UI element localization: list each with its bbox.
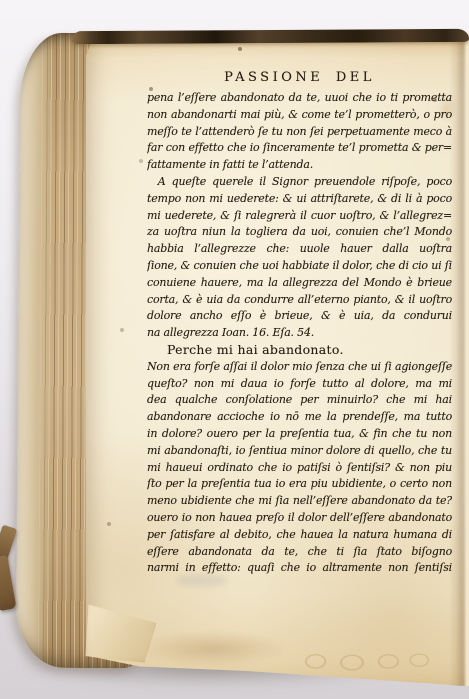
text-line: queſto? non mi daua io forſe tutto al do… — [147, 376, 452, 393]
section-heading: Perche mi hai abandonato. — [147, 342, 452, 359]
text-line: corta, & è uia da condurre all’eterno pi… — [147, 292, 452, 309]
text-line: ſione, & conuien che uoi habbiate il dol… — [147, 258, 452, 275]
text-line: dolore ancho eſſo è brieue, & è uia, da … — [147, 308, 452, 325]
text-line: conuiene hauere, ma la allegrezza del Mo… — [147, 275, 452, 292]
text-line: meno ubidiente che mi ſia nell’eſſere ab… — [147, 493, 452, 510]
text-line: fattamente in fatti te l’attenda. — [147, 157, 452, 174]
text-line: pena l’eſſere abandonato da te, uuoi che… — [147, 90, 452, 107]
foxing-specks — [0, 0, 2, 2]
text-line: na allegrezza Ioan. 16. Eſa. 54. — [147, 325, 452, 342]
text-line: mi uederete, & ſi ralegrerà il cuor uoſt… — [147, 208, 452, 225]
text-line: mi haueui ordinato che io patiſsi ò ſent… — [147, 460, 452, 477]
text-line: Non era forſe aſſai il dolor mio ſenza c… — [147, 359, 452, 376]
printed-text-block: PASSIONE DEL pena l’eſſere abandonato da… — [147, 71, 452, 577]
text-line: abandonare accioche io nō me la prendeſſ… — [147, 409, 452, 426]
text-line: mi abandonaſti, io ſentiua minor dolore … — [147, 443, 452, 460]
running-head: PASSIONE DEL — [147, 71, 452, 85]
text-line: habbia l’allegrezze che: uuole hauer dal… — [147, 241, 452, 258]
text-line: non abandonarti mai più, & come te’l pro… — [147, 107, 452, 124]
photo-of-open-book: PASSIONE DEL pena l’eſſere abandonato da… — [0, 0, 469, 699]
text-line: eſſere abandonata da te, che ti ſia ſtat… — [147, 544, 452, 561]
text-line: tempo non mi uederete: & ui attriſtarete… — [147, 191, 452, 208]
text-line: ouero io non hauea preſo il dolor dell’e… — [147, 510, 452, 527]
text-line: narmi in effetto: quaſi che io altrament… — [147, 560, 452, 577]
text-line: in dolore? ouero per la preſentia tua, &… — [147, 426, 452, 443]
text-line: far con effetto che io ſinceramente te’l… — [147, 140, 452, 157]
page-stain-scallops — [296, 644, 436, 674]
body-text: pena l’eſſere abandonato da te, uuoi che… — [147, 90, 452, 577]
leather-tie-lower — [0, 555, 17, 611]
text-line: A queſte querele il Signor preuendole ri… — [147, 174, 452, 191]
text-line: dea qualche conſolatione per minuirlo? c… — [147, 392, 452, 409]
soiled-top-edge — [72, 29, 469, 44]
text-line: ſto per la preſentia tua io era piu ubid… — [147, 476, 452, 493]
gutter-shadow — [449, 36, 469, 686]
text-line: meſſo te l’attenderò ſe tu non ſei perpe… — [147, 124, 452, 141]
text-line: za uoſtra niun la togliera da uoi, conui… — [147, 224, 452, 241]
text-line: per ſatisfare al debito, che hauea la na… — [147, 527, 452, 544]
